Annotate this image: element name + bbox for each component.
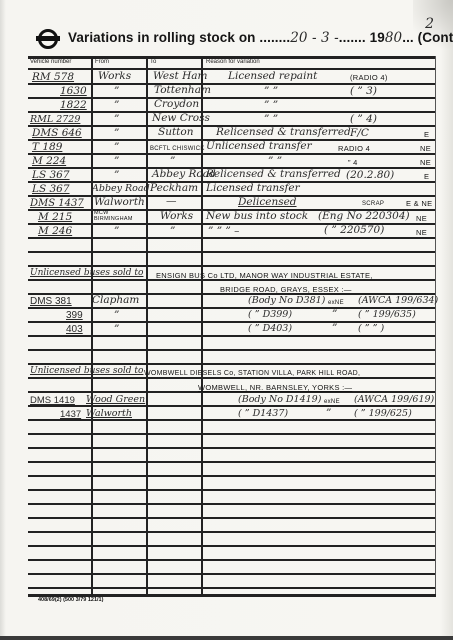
row-rule: [28, 573, 436, 575]
reason: ” ”: [264, 99, 278, 112]
reason: ” ”: [264, 113, 278, 126]
row-rule: [28, 559, 436, 561]
to-location: ”: [170, 155, 175, 168]
from-location: ”: [114, 309, 119, 322]
row-rule: [28, 349, 436, 351]
awca-number: ( ” ” ): [358, 322, 384, 335]
reason-note: ” 4: [348, 156, 358, 169]
vehicle-number: LS 367: [32, 183, 70, 196]
document-page: Variations in rolling stock on ........2…: [0, 0, 453, 640]
title-text: Variations in rolling stock on: [68, 30, 256, 45]
column-header-reason: Reason for variation: [206, 59, 260, 65]
continuation-label: (Continuation): [418, 30, 453, 45]
row-rule: [28, 531, 436, 533]
to-location: Tottenham: [154, 84, 211, 97]
row-rule: [28, 587, 436, 589]
sale-heading: Unlicensed buses sold to: [30, 365, 143, 378]
roundel-logo-icon: [36, 29, 60, 49]
reason: Relicensed & transferred: [206, 168, 341, 181]
row-rule: [28, 517, 436, 519]
buyer-address-line1: WOMBWELL DIESELS Co, STATION VILLA, PARK…: [144, 367, 360, 380]
from-location: Wood Green: [86, 393, 145, 406]
to-location: Sutton: [158, 126, 193, 139]
row-rule: [28, 489, 436, 491]
from-location: ”: [114, 113, 119, 126]
row-rule: [28, 195, 436, 197]
to-location: Croydon: [154, 98, 199, 111]
buyer-address-line1: ENSIGN BUS Co LTD, MANOR WAY INDUSTRIAL …: [156, 269, 373, 282]
vehicle-number: 399: [66, 309, 83, 322]
column-header-vehicle: Vehicle number: [30, 59, 71, 65]
vehicle-number: RML 2729: [30, 113, 80, 126]
vehicle-number: DMS 646: [32, 127, 82, 140]
from-location: ”: [114, 225, 119, 238]
vehicle-number: 1822: [60, 99, 87, 112]
vehicle-number: DMS 1419: [30, 394, 75, 407]
awca-number: (AWCA 199/619): [354, 393, 434, 406]
date-day-month: 20 - 3 -: [290, 30, 339, 46]
from-location: ”: [114, 141, 119, 154]
reason: Licensed transfer: [206, 182, 300, 195]
reason: New bus into stock: [206, 210, 308, 223]
reason-note: (RADIO 4): [350, 71, 388, 84]
reason-note: ( ” 3): [350, 85, 377, 98]
body-number: ( ” D399): [248, 308, 292, 321]
from-location: ”: [114, 169, 119, 182]
stock-variation-table: Vehicle number From To Reason for variat…: [28, 56, 436, 597]
reason: Unlicensed transfer: [206, 140, 312, 153]
row-rule: [28, 335, 436, 337]
page-number: 2: [425, 16, 434, 32]
vehicle-number: DMS 381: [30, 295, 72, 308]
reason-note: F/C: [350, 127, 369, 140]
status-code: ”: [326, 407, 331, 420]
status-code: ”: [332, 322, 337, 335]
region-code: NE: [420, 156, 431, 169]
reason: ” ” ” –: [208, 225, 239, 238]
reason-note: ( ” 4): [350, 113, 377, 126]
dots: ........: [259, 30, 290, 45]
reason-note: (Eng No 220304): [318, 210, 410, 223]
to-location: West Ham: [153, 70, 207, 83]
reason-note: ( ” 220570): [324, 224, 384, 237]
column-divider: [91, 56, 93, 594]
row-rule: [28, 153, 436, 155]
region-code: NE: [416, 212, 427, 225]
from-location: ”: [114, 99, 119, 112]
to-location: Peckham: [150, 182, 198, 195]
vehicle-number: 1630: [60, 85, 87, 98]
to-location: Works: [160, 210, 193, 223]
row-rule: [28, 545, 436, 547]
row-rule: [28, 475, 436, 477]
from-location: Abbey Road: [92, 182, 150, 195]
row-rule: [28, 447, 436, 449]
vehicle-number: RM 578: [32, 71, 74, 84]
form-code: 408/69(2) (500 3/79 121/1): [38, 597, 103, 603]
reason: Licensed repaint: [228, 70, 317, 83]
scan-edge: [0, 636, 453, 640]
table-right-edge: [435, 56, 436, 594]
vehicle-number: M 224: [32, 155, 66, 168]
vehicle-number: 403: [66, 323, 83, 336]
form-header: Variations in rolling stock on ........2…: [34, 24, 444, 52]
year-suffix: 80: [385, 30, 402, 46]
region-code: E: [424, 128, 429, 141]
from-location: ”: [114, 155, 119, 168]
reason: ” ”: [268, 155, 282, 168]
vehicle-number: M 246: [38, 225, 72, 238]
row-rule: [28, 461, 436, 463]
row-rule: [28, 251, 436, 253]
from-location: ”: [114, 127, 119, 140]
row-rule: [28, 503, 436, 505]
reason-note: (20.2.80): [346, 169, 394, 182]
reason: ” ”: [264, 85, 278, 98]
awca-number: ( ” 199/635): [358, 308, 416, 321]
vehicle-number: M 215: [38, 211, 72, 224]
awca-number: (AWCA 199/634): [358, 294, 438, 307]
to-location: BCFTL CHISWICK: [150, 143, 205, 156]
region-code: NE: [416, 226, 427, 239]
column-divider: [146, 56, 148, 594]
body-number: (Body No D1419): [238, 393, 321, 406]
awca-number: ( ” 199/625): [354, 407, 412, 420]
body-number: (Body No D381): [248, 294, 325, 307]
to-location: —: [166, 195, 177, 208]
from-location: Walworth: [86, 407, 132, 420]
region-code: E: [424, 170, 429, 183]
column-header-to: To: [150, 59, 156, 65]
vehicle-number: DMS 1437: [30, 197, 84, 210]
form-title: Variations in rolling stock on ........2…: [68, 30, 453, 46]
row-rule: [28, 433, 436, 435]
reason: Delicensed: [238, 196, 297, 209]
vehicle-number: T 189: [32, 141, 62, 154]
dots: .......: [339, 30, 366, 45]
year-prefix: 19: [370, 30, 385, 45]
vehicle-number: LS 367: [32, 169, 70, 182]
from-location: ”: [114, 85, 119, 98]
status-code: ”: [332, 308, 337, 321]
to-location: New Cross: [152, 112, 210, 125]
from-location: Clapham: [92, 294, 139, 307]
vehicle-number: 1437: [60, 408, 81, 421]
body-number: ( ” D1437): [238, 407, 288, 420]
column-header-from: From: [95, 59, 109, 65]
from-location: Works: [98, 70, 131, 83]
to-location: ”: [170, 225, 175, 238]
from-location: MCW BIRMINGHAM: [94, 210, 144, 222]
dots: ...: [402, 30, 414, 45]
body-number: ( ” D403): [248, 322, 292, 335]
reason-note: RADIO 4: [338, 142, 370, 155]
region-code: NE: [420, 142, 431, 155]
sale-heading: Unlicensed buses sold to: [30, 267, 143, 280]
reason: Relicensed & transferred: [216, 126, 351, 139]
from-location: ”: [114, 323, 119, 336]
region-code: E & NE: [406, 197, 432, 210]
column-divider: [201, 56, 203, 594]
from-location: Walworth: [94, 196, 145, 209]
